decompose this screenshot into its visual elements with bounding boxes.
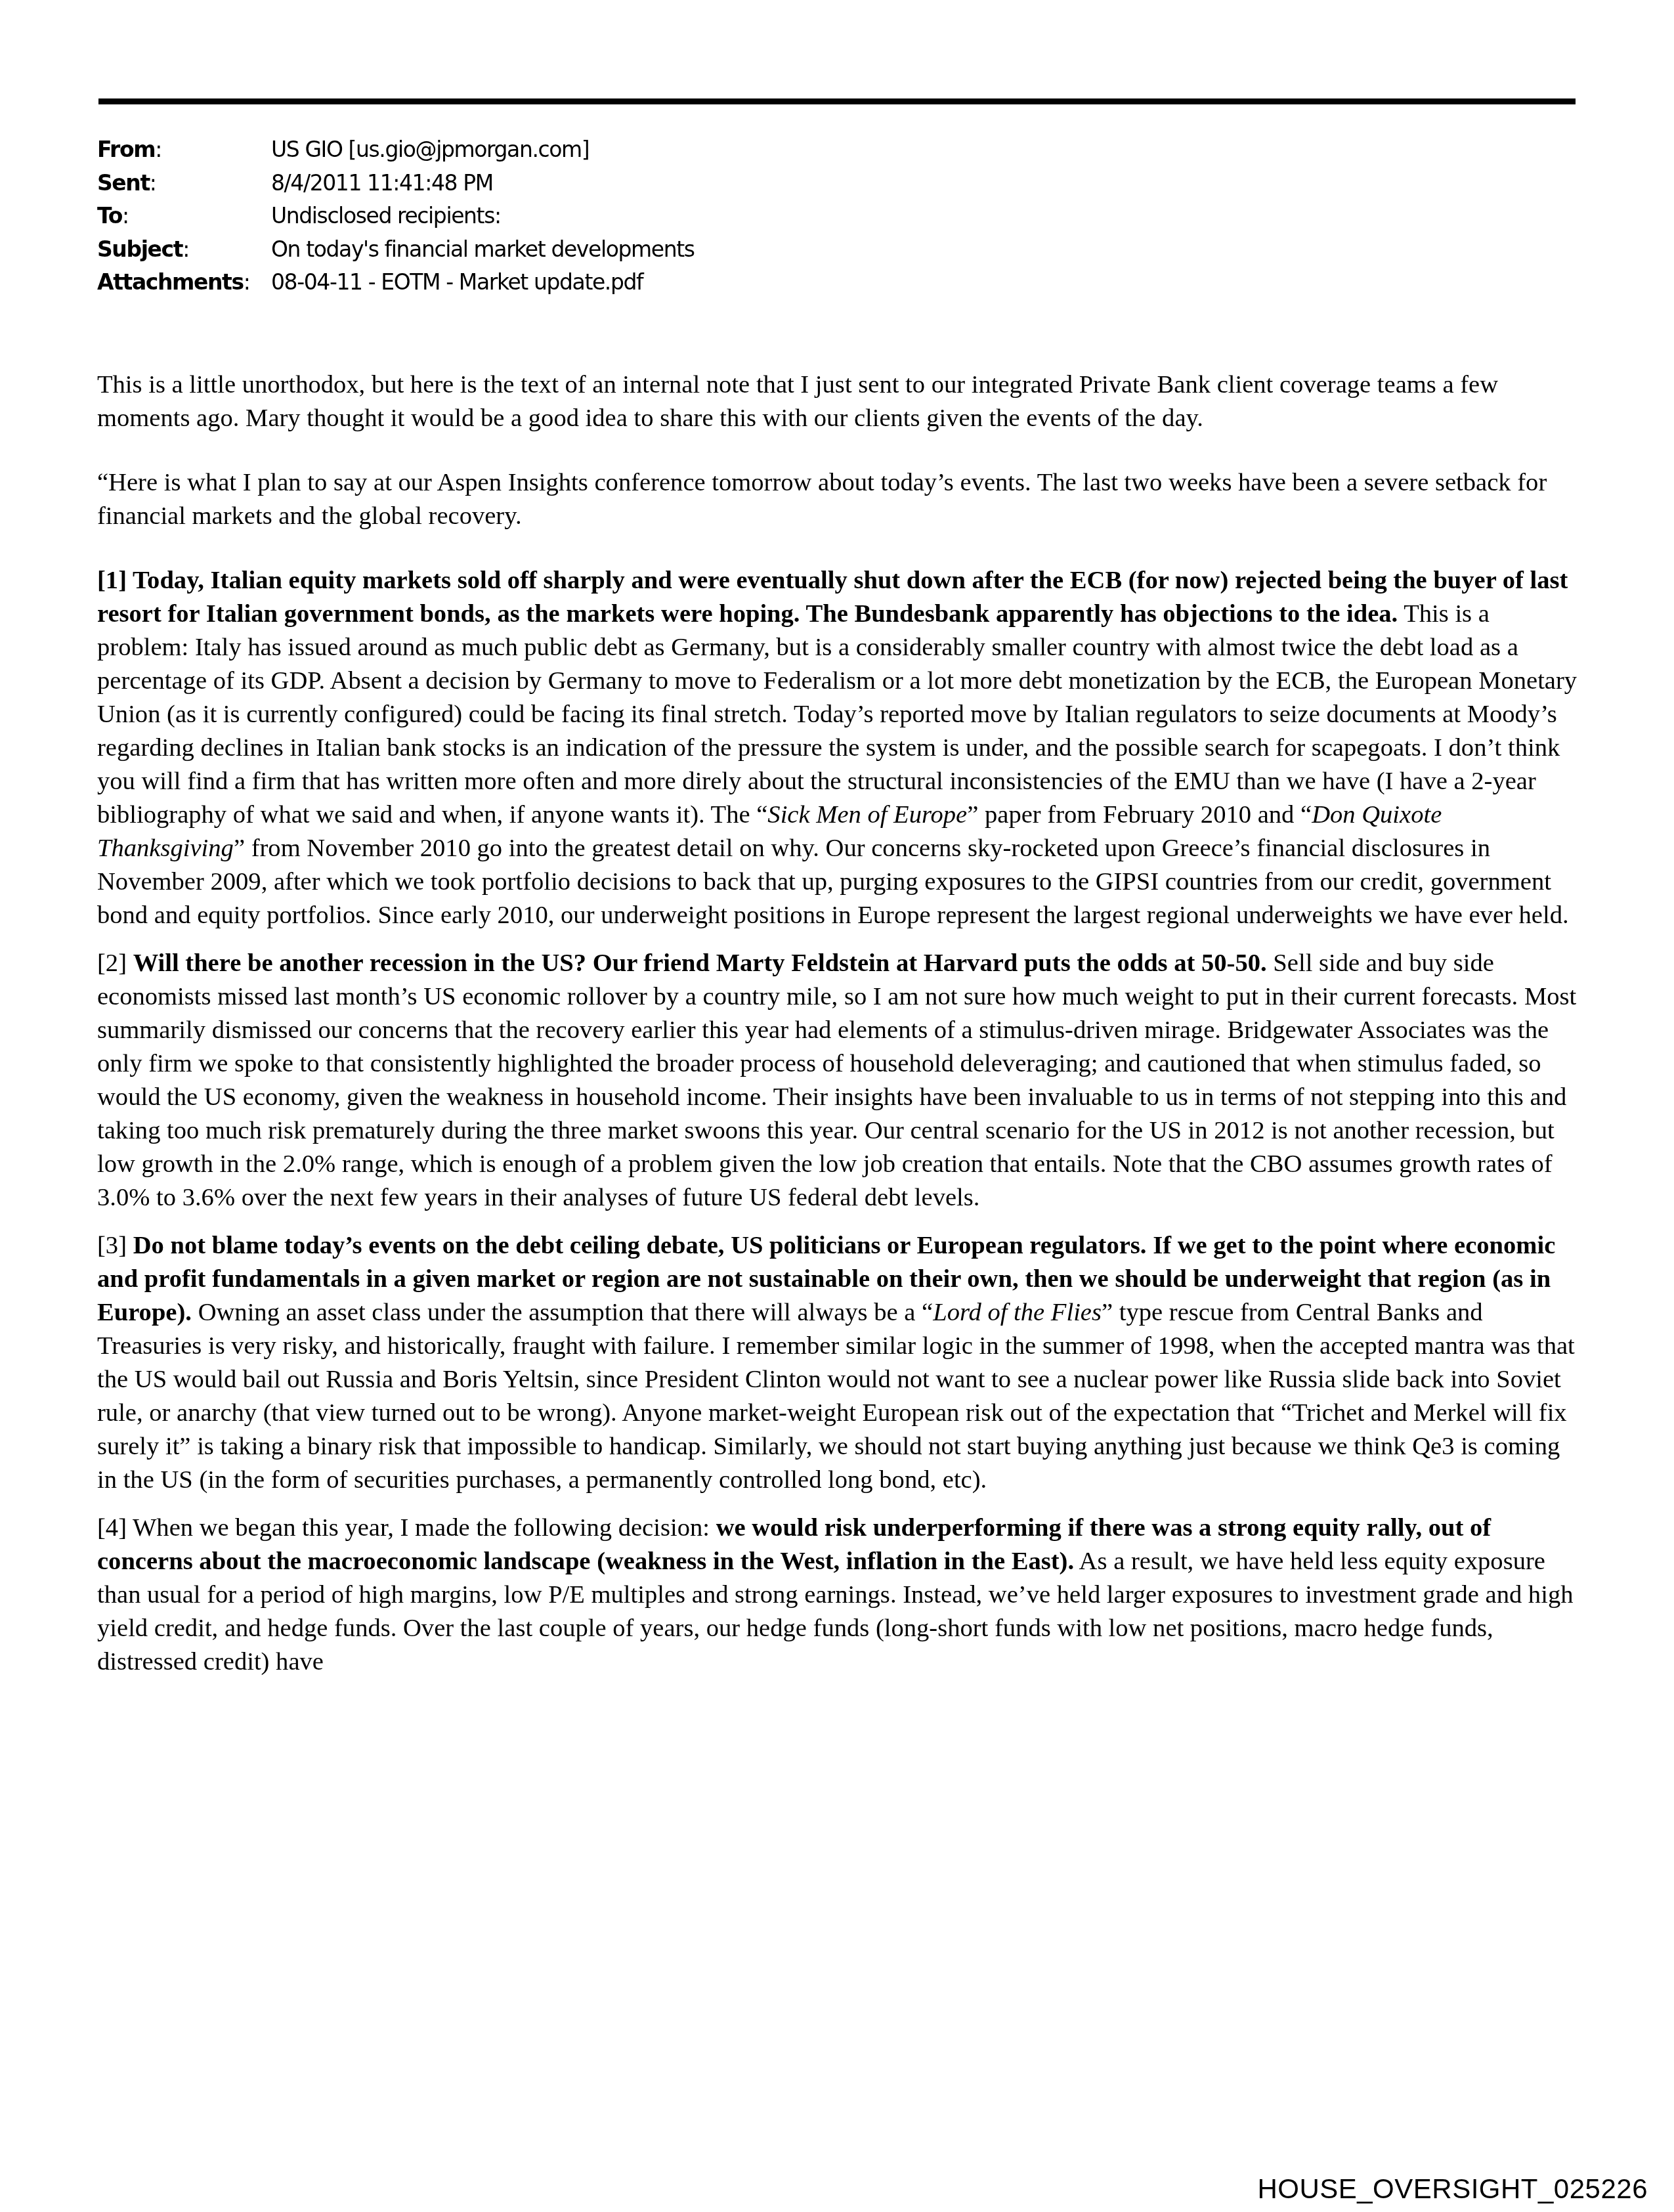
lord-of-the-flies-title: Lord of the Flies xyxy=(933,1299,1102,1326)
point-2-text: Sell side and buy side economists missed… xyxy=(97,949,1576,1211)
point-1-text: This is a problem: Italy has issued arou… xyxy=(97,600,1577,829)
to-label: To: xyxy=(97,200,271,233)
attachments-label: Attachments: xyxy=(97,266,271,299)
bates-number: HOUSE_OVERSIGHT_025226 xyxy=(1257,2175,1648,2203)
intro-paragraph: This is a little unorthodox, but here is… xyxy=(97,368,1582,435)
point-1-bold-text: [1] Today, Italian equity markets sold o… xyxy=(97,567,1568,628)
point-1-paragraph: [1] Today, Italian equity markets sold o… xyxy=(97,564,1582,932)
header-divider-rule xyxy=(98,98,1576,104)
attachment-link[interactable]: 08-04-11 - EOTM - Market update.pdf xyxy=(271,266,643,299)
point-4-paragraph: [4] When we began this year, I made the … xyxy=(97,1511,1582,1679)
point-1-text: ” from November 2010 go into the greates… xyxy=(97,835,1569,929)
subject-label: Subject: xyxy=(97,233,271,267)
point-3-text: ” type rescue from Central Banks and Tre… xyxy=(97,1299,1575,1494)
sent-value: 8/4/2011 11:41:48 PM xyxy=(271,167,493,200)
to-row: To: Undisclosed recipients: xyxy=(97,200,694,233)
from-label: From: xyxy=(97,133,271,167)
subject-value: On today's financial market developments xyxy=(271,233,694,267)
quote-intro-paragraph: “Here is what I plan to say at our Aspen… xyxy=(97,466,1582,533)
point-1-text: ” paper from February 2010 and “ xyxy=(967,801,1312,829)
point-4-text: [4] When we began this year, I made the … xyxy=(97,1514,716,1542)
sent-label: Sent: xyxy=(97,167,271,200)
email-body: This is a little unorthodox, but here is… xyxy=(97,368,1582,1693)
subject-row: Subject: On today's financial market dev… xyxy=(97,233,694,267)
sent-row: Sent: 8/4/2011 11:41:48 PM xyxy=(97,167,694,200)
attachments-row: Attachments: 08-04-11 - EOTM - Market up… xyxy=(97,266,694,299)
point-3-number: [3] xyxy=(97,1232,133,1259)
sick-men-of-europe-title: Sick Men of Europe xyxy=(767,801,967,829)
point-3-text: Owning an asset class under the assumpti… xyxy=(192,1299,933,1326)
from-value: US GIO [us.gio@jpmorgan.com] xyxy=(271,133,589,167)
point-2-bold-text: Will there be another recession in the U… xyxy=(133,949,1267,977)
point-2-number: [2] xyxy=(97,949,133,977)
point-3-paragraph: [3] Do not blame today’s events on the d… xyxy=(97,1229,1582,1497)
from-row: From: US GIO [us.gio@jpmorgan.com] xyxy=(97,133,694,167)
to-value: Undisclosed recipients: xyxy=(271,200,501,233)
point-2-paragraph: [2] Will there be another recession in t… xyxy=(97,947,1582,1215)
email-header: From: US GIO [us.gio@jpmorgan.com] Sent:… xyxy=(97,133,694,299)
